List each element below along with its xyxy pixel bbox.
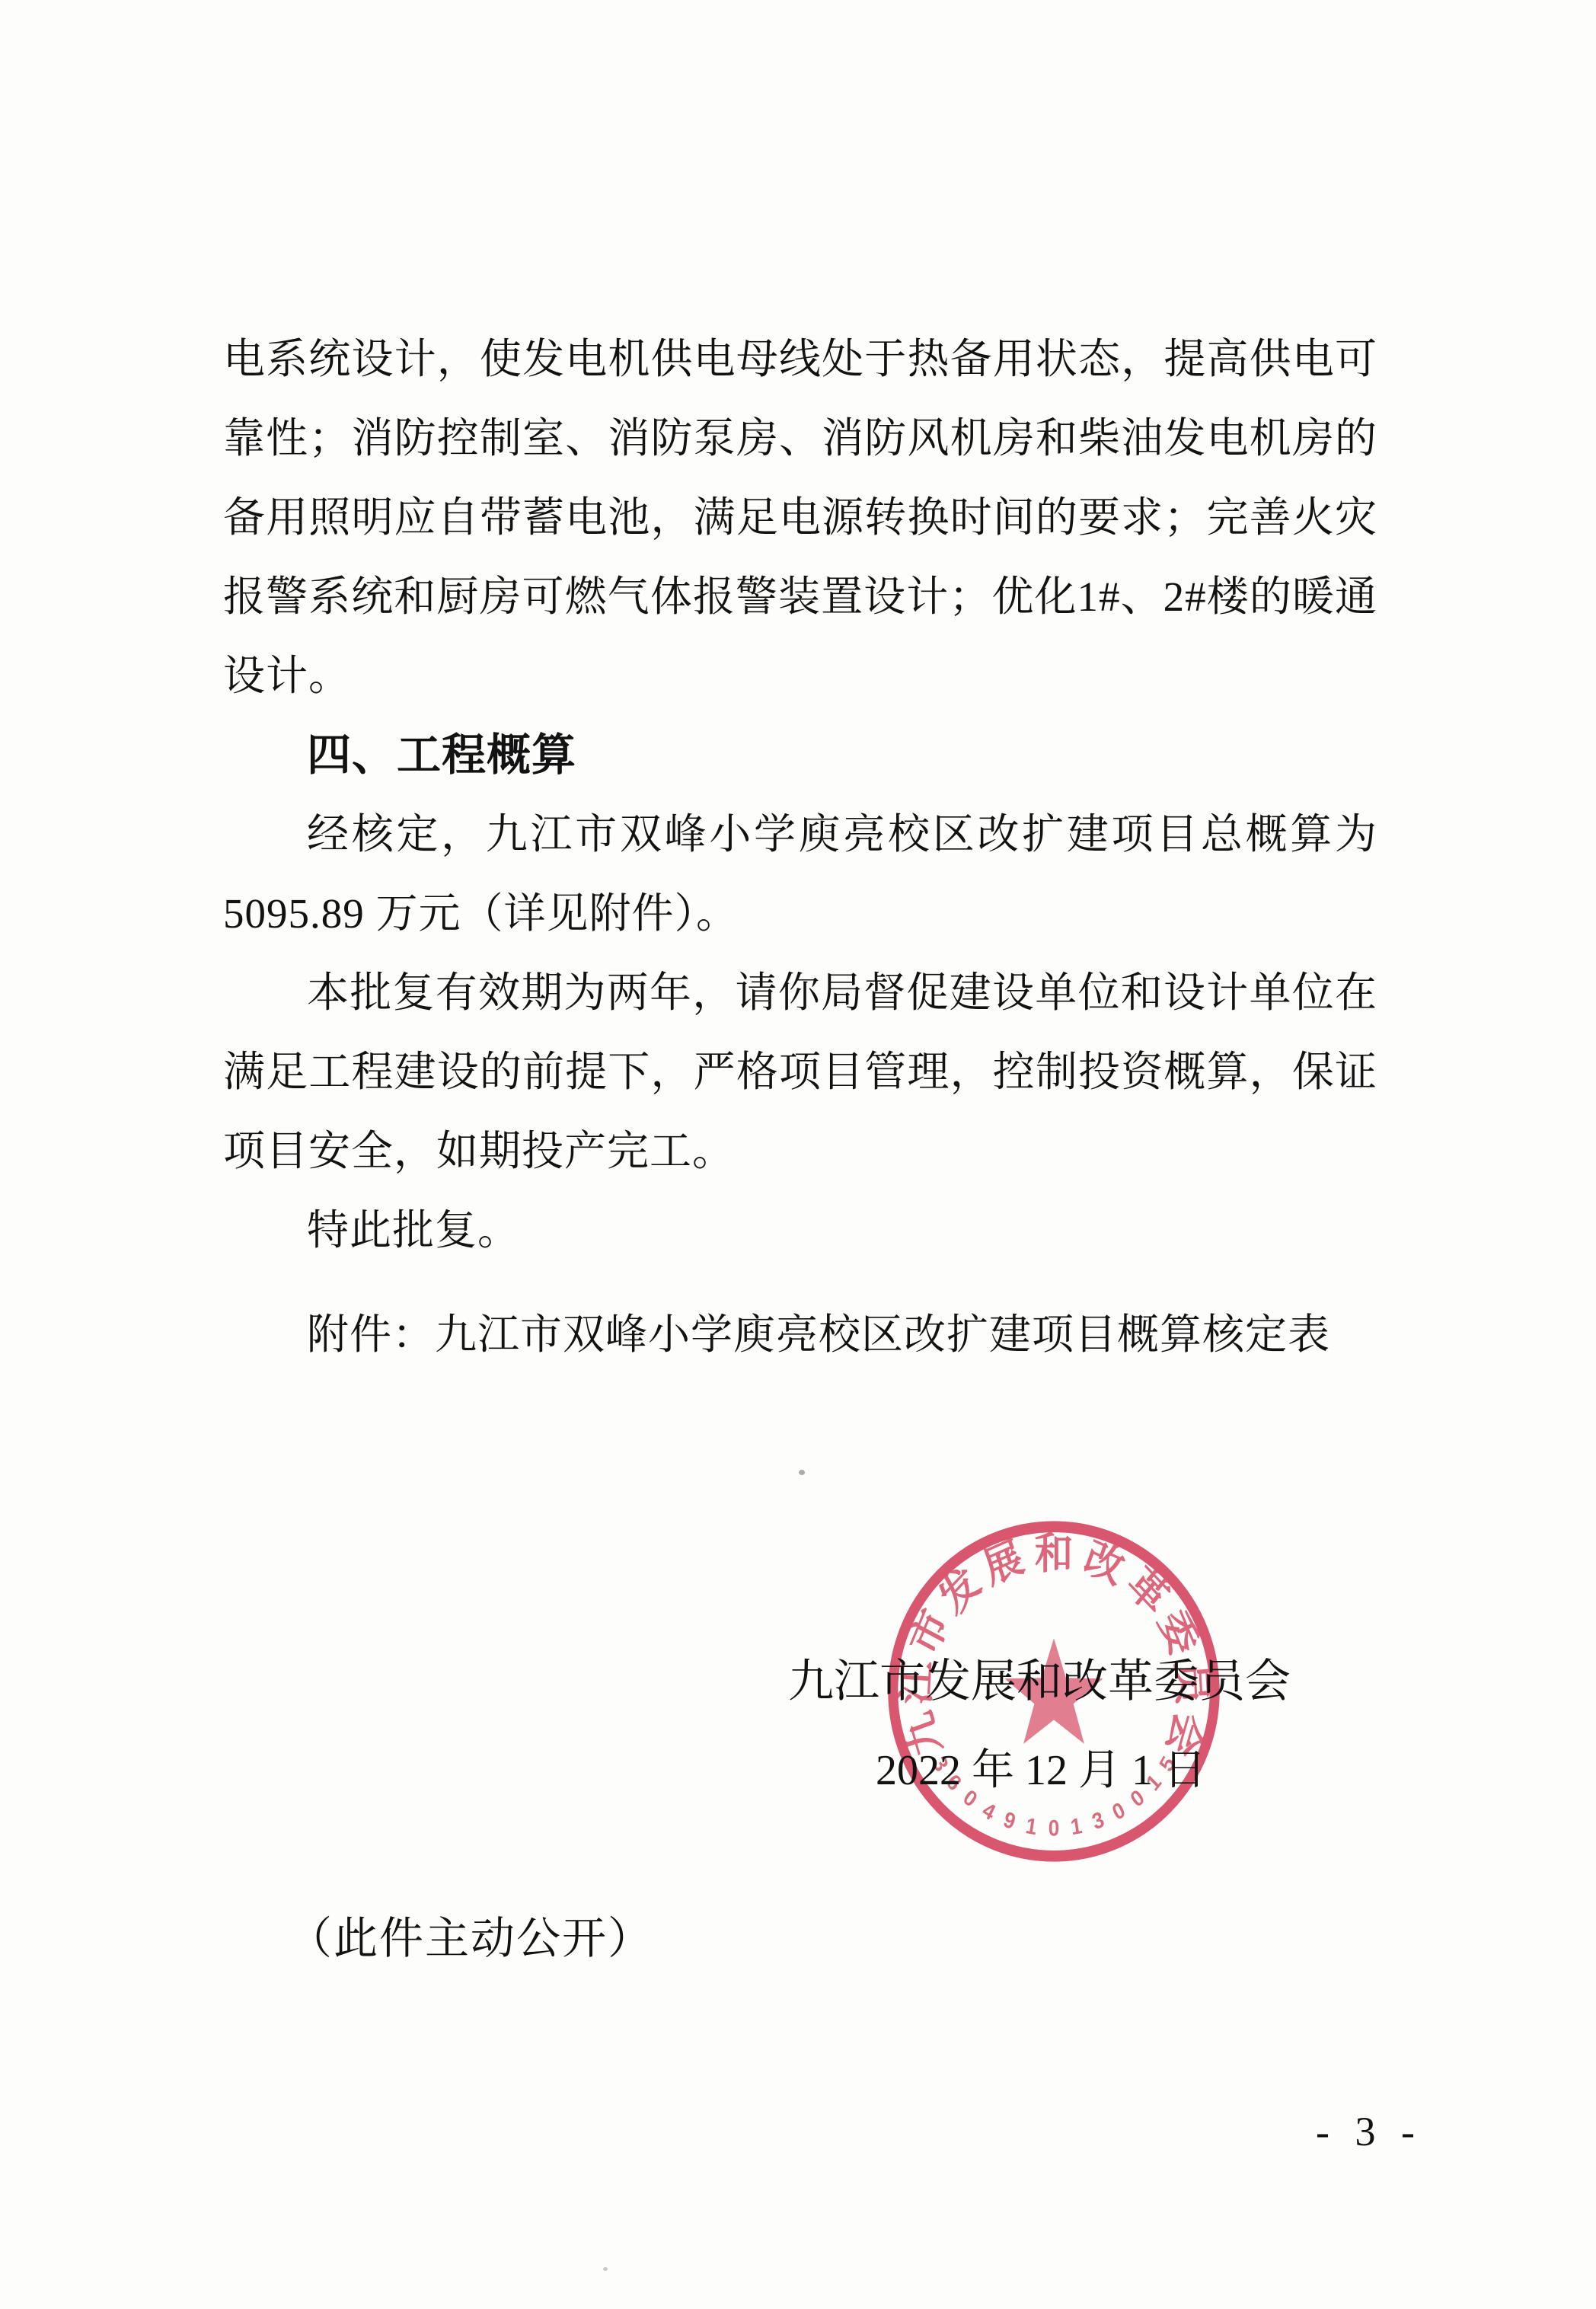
section-heading: 四、工程概算 — [223, 716, 1377, 795]
seal-serial-digit: 1 — [1069, 1813, 1084, 1840]
body-line: 满足工程建设的前提下，严格项目管理，控制投资概算，保证 — [223, 1033, 1377, 1112]
seal-serial-digit: 0 — [1109, 1797, 1129, 1825]
body-line: 设计。 — [223, 637, 1377, 716]
closing-line: 特此批复。 — [223, 1191, 1377, 1270]
scan-speck — [603, 2267, 608, 2271]
body-line: 本批复有效期为两年，请你局督促建设单位和设计单位在 — [223, 953, 1377, 1033]
seal-serial-digit: 9 — [1001, 1806, 1018, 1834]
body-line: 电系统设计，使发电机供电母线处于热备用状态，提高供电可 — [223, 320, 1377, 399]
seal-arc-char: 和 — [1035, 1529, 1073, 1578]
seal-serial-digit: 4 — [979, 1797, 1000, 1825]
body-line: 备用照明应自带蓄电池，满足电源转换时间的要求；完善火灾 — [223, 478, 1377, 557]
attachment-line: 附件：九江市双峰小学庾亮校区改扩建项目概算核定表 — [223, 1301, 1377, 1361]
signature-date: 2022 年 12 月 1 日 — [876, 1736, 1206, 1797]
page-number: - 3 - — [1316, 2108, 1422, 2155]
body-line: 5095.89 万元（详见附件）。 — [223, 874, 1377, 953]
body-line: 项目安全，如期投产完工。 — [223, 1112, 1377, 1191]
body-line: 靠性；消防控制室、消防泵房、消防风机房和柴油发电机房的 — [223, 399, 1377, 478]
body-line: 经核定，九江市双峰小学庾亮校区改扩建项目总概算为 — [223, 795, 1377, 874]
body-line: 报警系统和厨房可燃气体报警装置设计；优化1#、2#楼的暖通 — [223, 557, 1377, 637]
public-disclosure-note: （此件主动公开） — [288, 1902, 653, 1966]
scan-speck — [799, 1470, 805, 1475]
seal-serial-digit: 0 — [1049, 1816, 1060, 1841]
seal-serial-digit: 3 — [1089, 1806, 1106, 1834]
document-body: 电系统设计，使发电机供电母线处于热备用状态，提高供电可 靠性；消防控制室、消防泵… — [223, 320, 1377, 1270]
seal-serial-digit: 1 — [1024, 1813, 1039, 1840]
signature-agency: 九江市发展和改革委员会 — [788, 1645, 1291, 1710]
document-page: 电系统设计，使发电机供电母线处于热备用状态，提高供电可 靠性；消防控制室、消防泵… — [0, 0, 1596, 2309]
